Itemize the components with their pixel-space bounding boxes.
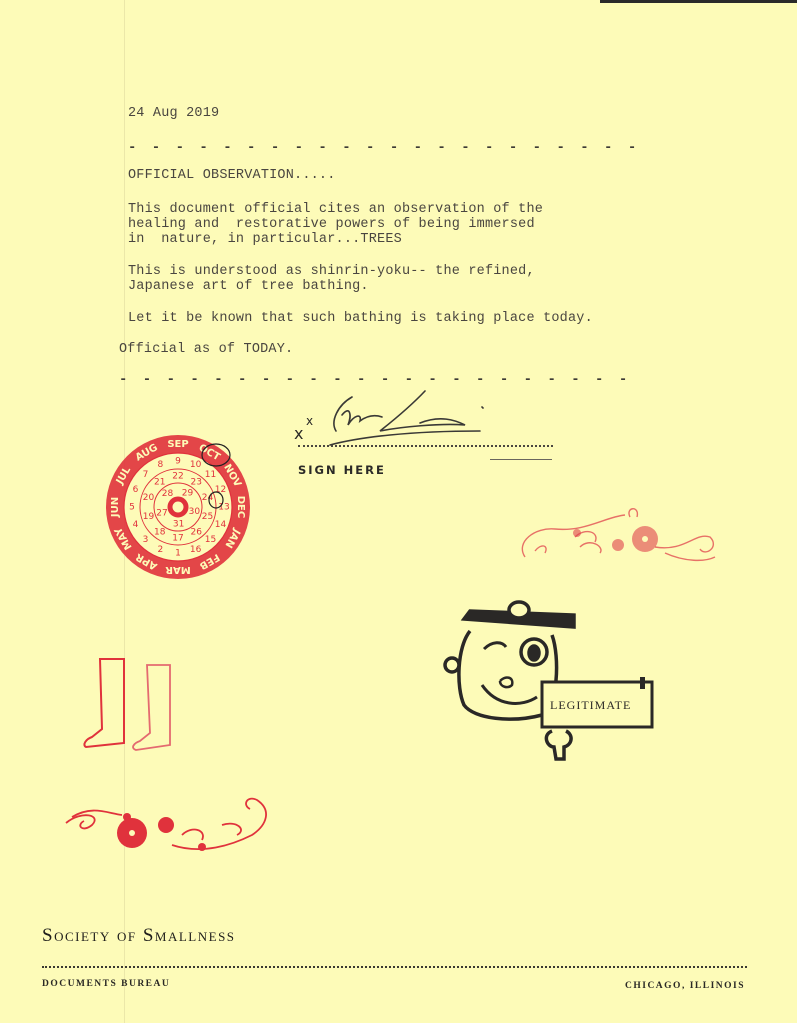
svg-text:SEP: SEP <box>167 439 188 450</box>
svg-text:23: 23 <box>190 477 201 487</box>
svg-text:5: 5 <box>129 503 135 513</box>
svg-text:13: 13 <box>218 503 229 513</box>
svg-text:26: 26 <box>190 528 202 538</box>
svg-text:30: 30 <box>189 507 201 517</box>
floral-ornament-left <box>62 795 274 865</box>
paragraph-2-line-2: Japanese art of tree bathing. <box>128 279 369 294</box>
signature-scribble: x x <box>290 385 570 465</box>
feet-stamp <box>82 655 182 755</box>
calendar-date-stamp: JANFEBMARAPRMAYJUNJULAUGSEPOCTNOVDEC 123… <box>104 433 252 581</box>
sign-here-label: SIGN HERE <box>298 463 386 477</box>
svg-text:28: 28 <box>162 489 174 499</box>
legitimate-mascot-stamp: LEGITIMATE <box>442 597 657 762</box>
svg-text:31: 31 <box>173 519 184 529</box>
svg-text:6: 6 <box>133 485 139 495</box>
svg-text:x: x <box>306 414 313 428</box>
legitimate-label: LEGITIMATE <box>550 698 631 712</box>
svg-text:25: 25 <box>202 512 213 522</box>
paper-edge-shadow <box>600 0 797 3</box>
letter-date: 24 Aug 2019 <box>128 106 219 121</box>
svg-text:3: 3 <box>143 535 149 545</box>
svg-text:8: 8 <box>158 460 164 470</box>
paragraph-1-line-1: This document official cites an observat… <box>128 202 543 217</box>
svg-text:7: 7 <box>143 470 149 480</box>
svg-text:9: 9 <box>175 457 181 467</box>
svg-text:29: 29 <box>182 488 194 498</box>
paragraph-3: Let it be known that such bathing is tak… <box>128 311 593 326</box>
svg-text:x: x <box>294 424 303 443</box>
svg-text:22: 22 <box>172 472 183 482</box>
floral-ornament-right <box>515 507 720 572</box>
svg-text:21: 21 <box>154 477 165 487</box>
svg-text:27: 27 <box>156 508 167 518</box>
svg-text:20: 20 <box>143 493 155 503</box>
svg-text:14: 14 <box>215 520 227 530</box>
organization-name: Society of Smallness <box>42 925 236 947</box>
svg-text:15: 15 <box>205 535 216 545</box>
letter-heading: OFFICIAL OBSERVATION..... <box>128 168 336 183</box>
signature-underline <box>490 459 552 460</box>
svg-text:1: 1 <box>175 549 181 559</box>
svg-text:11: 11 <box>205 470 216 480</box>
signature-line[interactable] <box>298 445 553 447</box>
svg-text:16: 16 <box>190 545 202 555</box>
svg-text:17: 17 <box>172 534 183 544</box>
svg-text:2: 2 <box>158 545 164 555</box>
svg-text:MAR: MAR <box>165 564 191 575</box>
department-name: DOCUMENTS BUREAU <box>42 979 170 989</box>
separator-top: - - - - - - - - - - - - - - - - - - - - … <box>128 140 640 156</box>
svg-text:19: 19 <box>143 512 155 522</box>
svg-text:JUN: JUN <box>110 497 121 518</box>
paragraph-1-line-2: healing and restorative powers of being … <box>128 217 535 232</box>
svg-text:4: 4 <box>133 520 139 530</box>
svg-text:18: 18 <box>154 528 166 538</box>
location-text: CHICAGO, ILLINOIS <box>625 981 745 991</box>
footer-divider <box>42 966 747 968</box>
paragraph-1-line-3: in nature, in particular...TREES <box>128 232 402 247</box>
letter-closing: Official as of TODAY. <box>119 342 293 357</box>
paragraph-2-line-1: This is understood as shinrin-yoku-- the… <box>128 264 535 279</box>
svg-text:DEC: DEC <box>235 496 246 518</box>
svg-text:10: 10 <box>190 460 202 470</box>
